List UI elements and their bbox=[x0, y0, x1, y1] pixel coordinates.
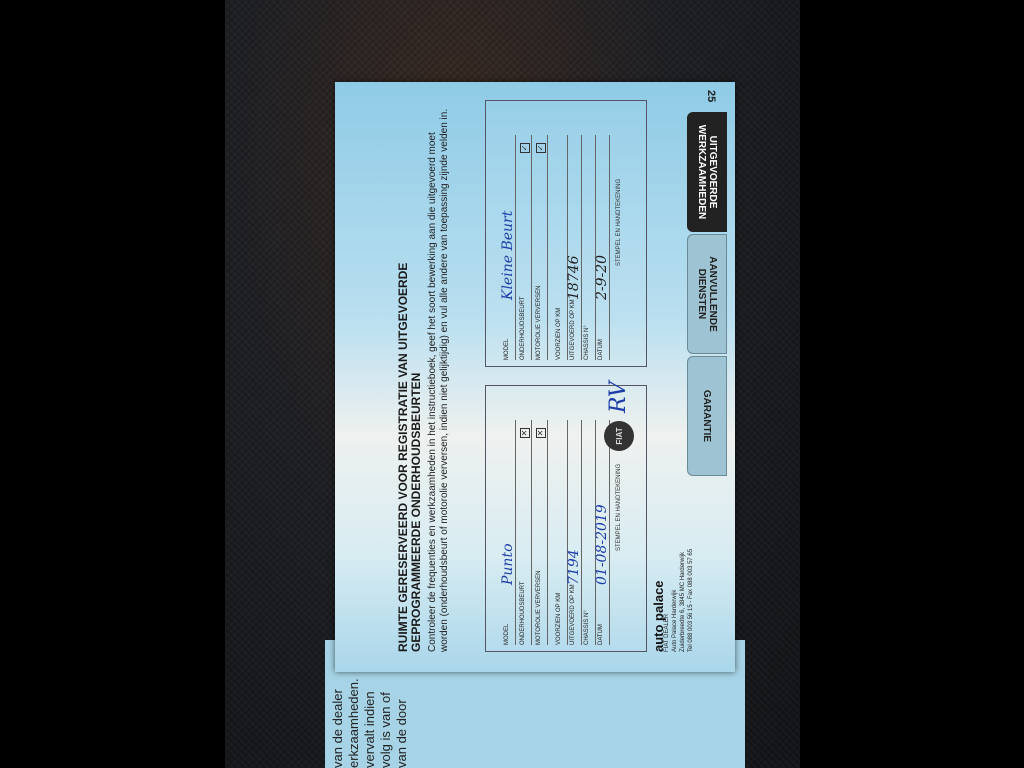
fiat-logo-icon: FIAT bbox=[604, 421, 634, 451]
service-row: ONDERHOUDSBEURT✓ bbox=[520, 135, 532, 360]
date-value: 2-9-20 bbox=[594, 255, 610, 300]
dealer-stamp: auto palace FIAT DEALER Auto Palace Hard… bbox=[655, 402, 705, 652]
chassis-row: CHASSIS N° bbox=[584, 135, 596, 360]
service-record-1: MODELPunto ONDERHOUDSBEURT✕ MOTOROLIE VE… bbox=[485, 385, 647, 652]
page-title: RUIMTE GERESERVEERD VOOR REGISTRATIE VAN… bbox=[397, 263, 423, 652]
booklet-page: 25 UITGEVOERDE WERKZAAMHEDEN AANVULLENDE… bbox=[335, 82, 735, 672]
signature: RV bbox=[606, 381, 631, 413]
service-row: ONDERHOUDSBEURT✕ bbox=[520, 420, 532, 645]
done-km-value: 18746 bbox=[566, 255, 582, 300]
planned-km-row: VOORZIEN OP km bbox=[556, 420, 568, 645]
done-km-row: UITGEVOERD OP km18746 bbox=[570, 135, 582, 360]
model-row: MODELKleine Beurt bbox=[504, 135, 516, 360]
oil-checkbox: ✕ bbox=[536, 428, 546, 438]
oil-row: MOTOROLIE VERVERSEN✕ bbox=[536, 420, 548, 645]
done-km-value: 7194 bbox=[566, 549, 582, 585]
date-row: DATUM2-9-20 bbox=[598, 135, 610, 360]
photo-scene: van de dealer erkzaamheden. vervalt indi… bbox=[0, 0, 1024, 768]
date-row: DATUM01-08-2019 bbox=[598, 420, 610, 645]
done-km-row: UITGEVOERD OP km7194 bbox=[570, 420, 582, 645]
model-value: Kleine Beurt bbox=[500, 211, 516, 300]
planned-km-row: VOORZIEN OP km bbox=[556, 135, 568, 360]
model-row: MODELPunto bbox=[504, 420, 516, 645]
left-page-text: van de dealer erkzaamheden. vervalt indi… bbox=[330, 678, 410, 768]
page-content: RUIMTE GERESERVEERD VOOR REGISTRATIE VAN… bbox=[335, 82, 735, 672]
oil-row: MOTOROLIE VERVERSEN✓ bbox=[536, 135, 548, 360]
service-checkbox: ✕ bbox=[520, 428, 530, 438]
model-value: Punto bbox=[500, 543, 516, 585]
service-record-2: MODELKleine Beurt ONDERHOUDSBEURT✓ MOTOR… bbox=[485, 100, 647, 367]
service-checkbox: ✓ bbox=[520, 143, 530, 153]
oil-checkbox: ✓ bbox=[536, 143, 546, 153]
instructions: Controleer de frequenties en werkzaamhed… bbox=[427, 92, 451, 652]
date-value: 01-08-2019 bbox=[594, 504, 610, 585]
